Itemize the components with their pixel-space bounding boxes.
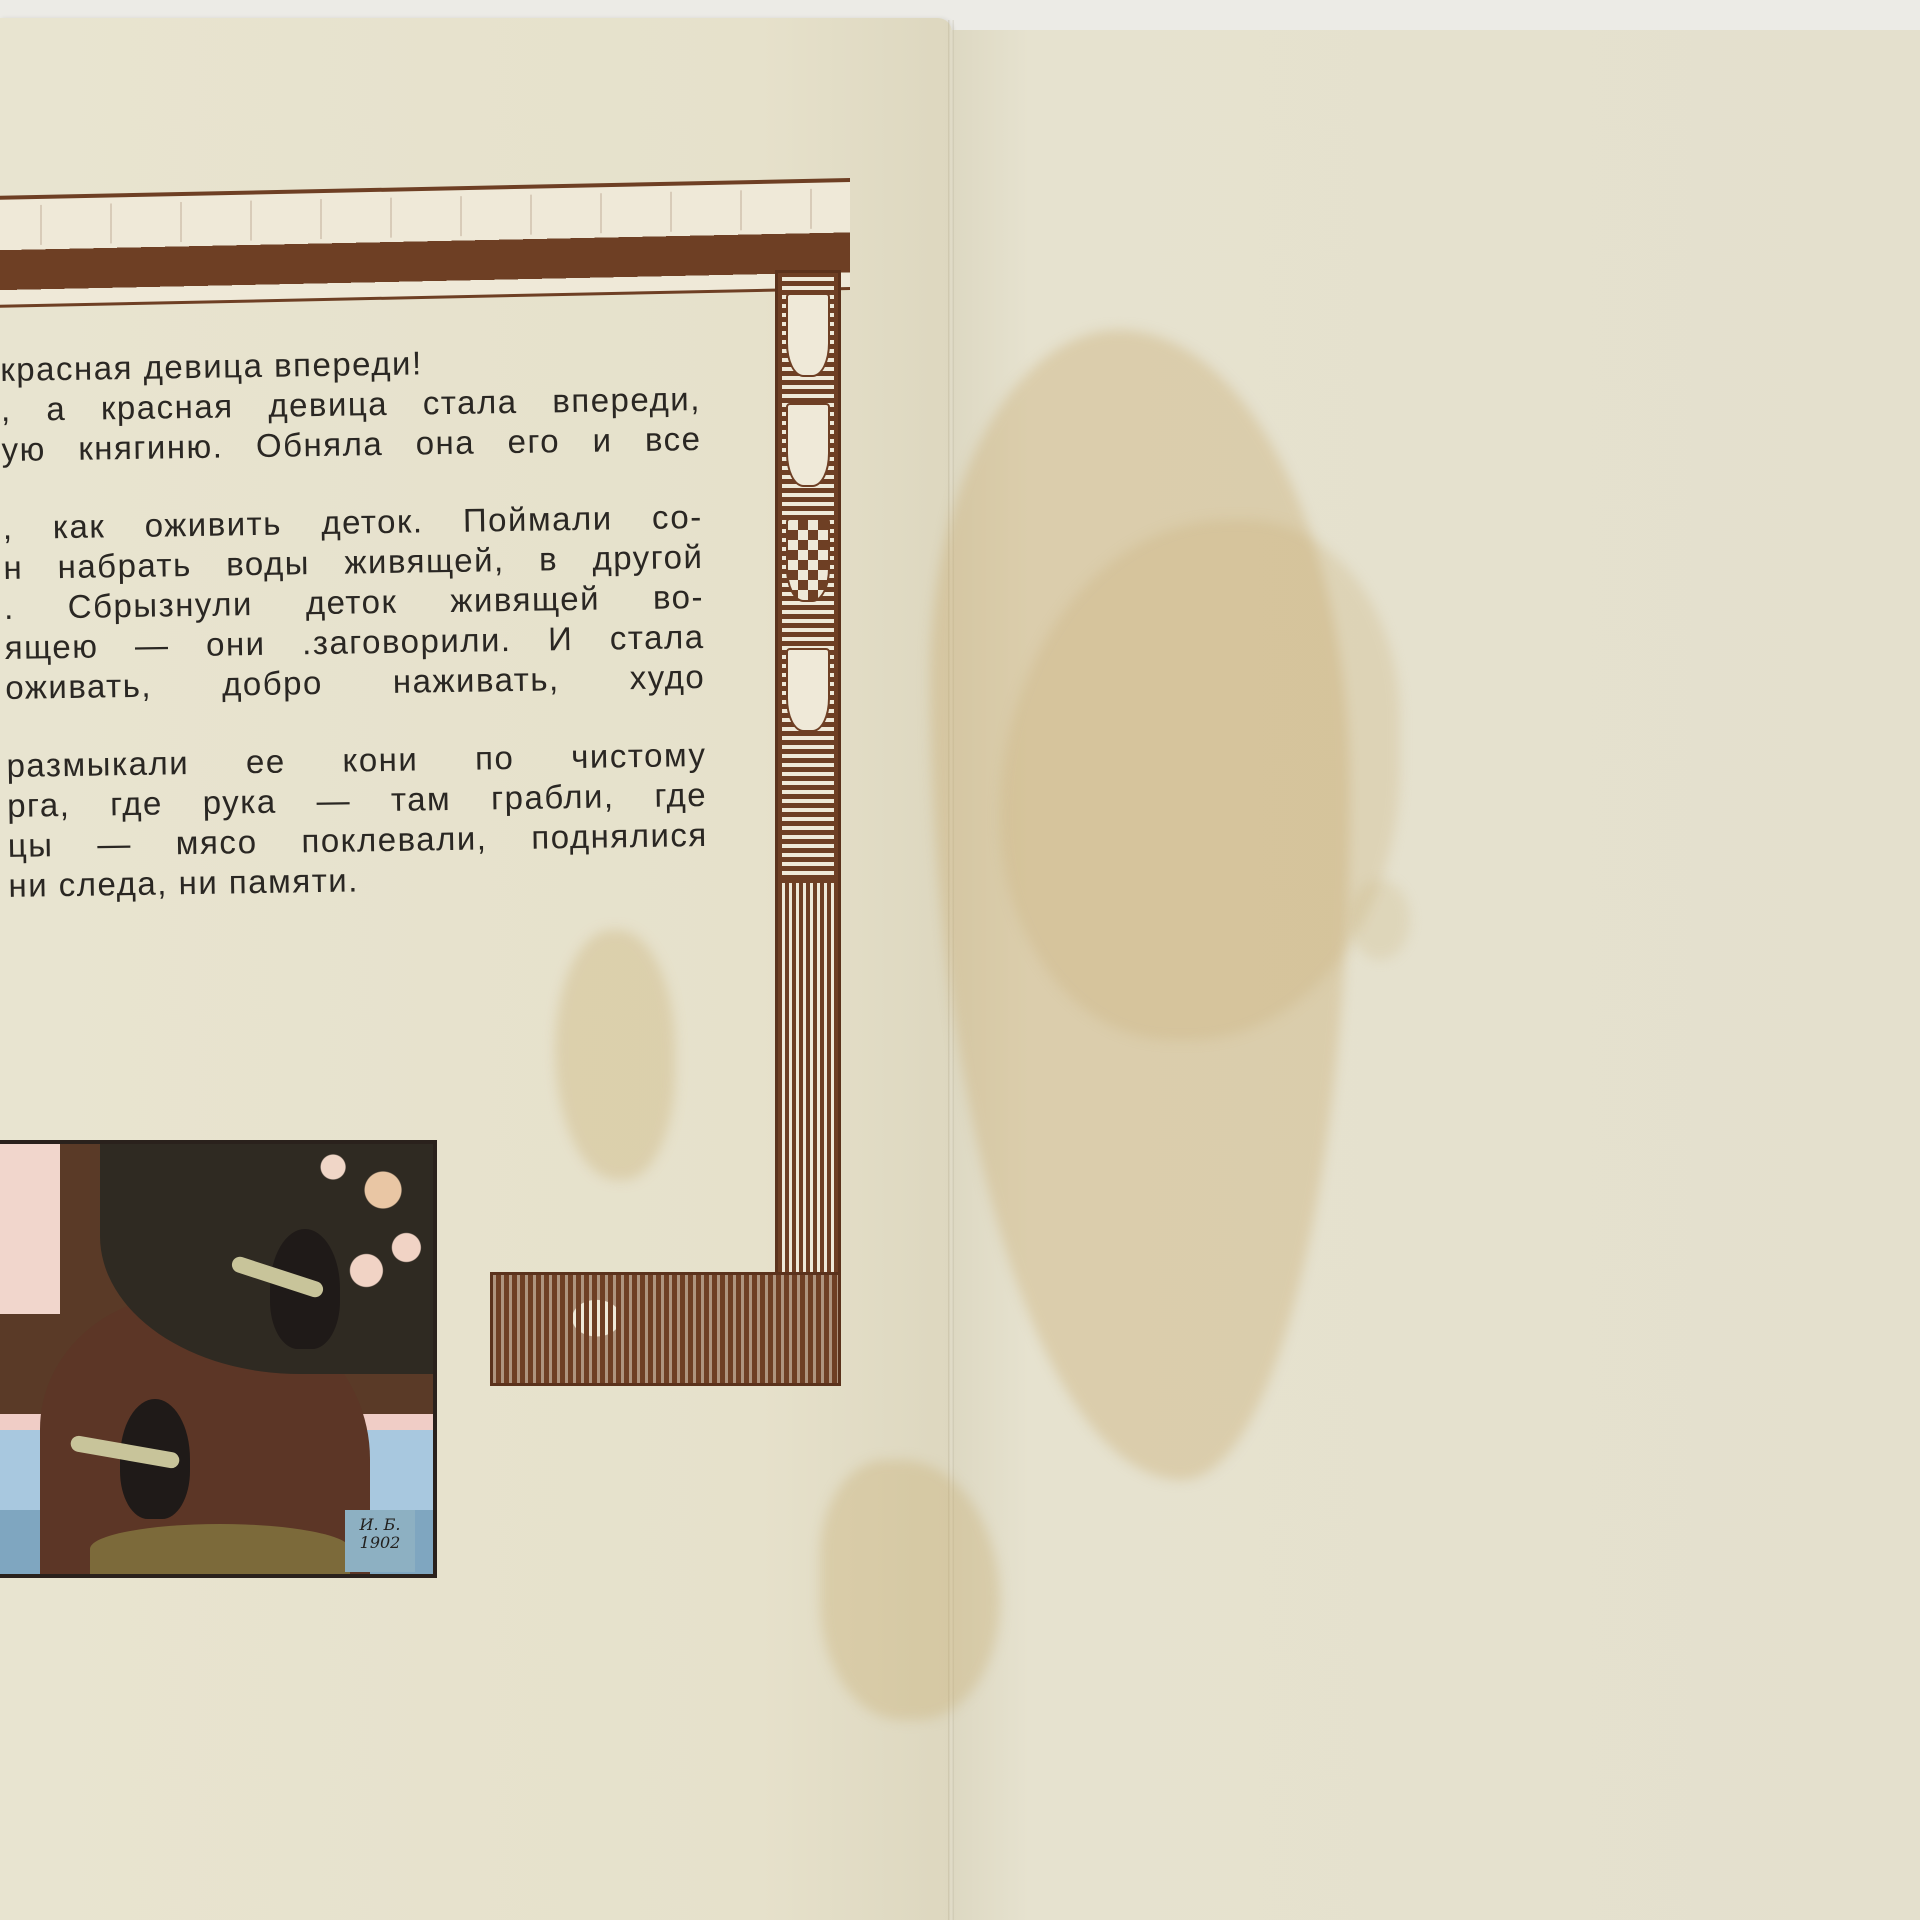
ship-icon (786, 518, 830, 602)
ship-icon (786, 648, 830, 732)
ship-icon (786, 293, 830, 377)
sky-patch (0, 1144, 60, 1314)
ground-mound (90, 1524, 350, 1574)
ornamental-border-bottom (490, 1272, 841, 1386)
water-stain (555, 930, 675, 1180)
signature-year: 1902 (345, 1534, 415, 1552)
illustration-ravens: И. Б. 1902 (0, 1140, 437, 1578)
water-stain (1350, 880, 1410, 960)
story-text: красная девица впереди! , а красная деви… (0, 339, 714, 906)
ship-icon (786, 403, 830, 487)
ornamental-border-top (0, 178, 850, 308)
landscape-engraving (0, 188, 850, 246)
artist-signature: И. Б. 1902 (345, 1510, 415, 1572)
ornamental-border-right (775, 270, 841, 1386)
signature-initials: И. Б. (345, 1516, 415, 1534)
